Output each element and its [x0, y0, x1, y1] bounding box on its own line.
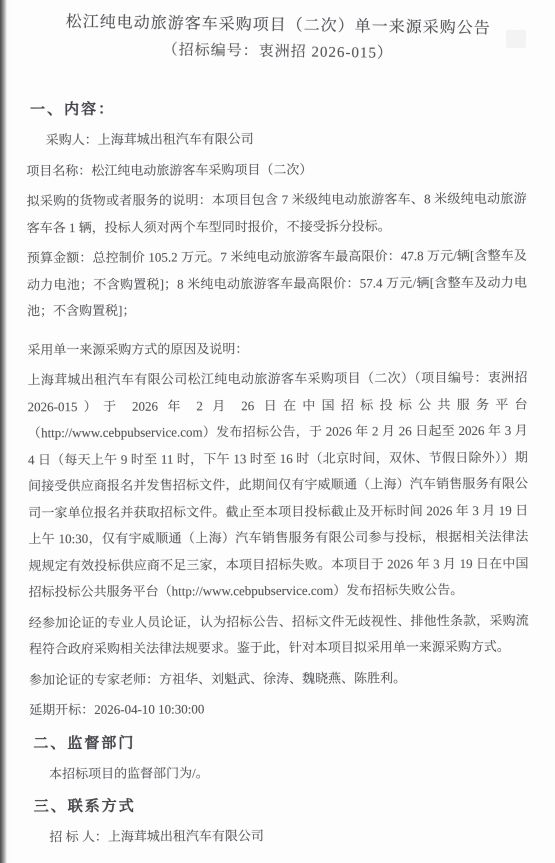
document-body: 一、内容： 采购人：上海茸城出租汽车有限公司 项目名称：松江纯电动旅游客车采购项… [26, 96, 530, 851]
scan-edge-artifact [0, 0, 7, 863]
project-name-line: 项目名称：松江纯电动旅游客车采购项目（二次） [26, 155, 526, 184]
expert-list-line: 参加论证的专家老师：方祖华、刘魁武、徐涛、魏晓燕、陈胜利。 [29, 664, 529, 693]
section-contact-heading: 三、联系方式 [34, 793, 530, 820]
single-source-reason-paragraph: 上海茸城出租汽车有限公司松江纯电动旅游客车采购项目（二次）（项目编号：衷洲招 2… [27, 365, 528, 606]
budget-paragraph: 预算金额：总控制价 105.2 万元。7 米纯电动旅游客车最高限价：47.8 万… [27, 243, 527, 325]
supervision-department-line: 本招标项目的监督部门为/。 [30, 758, 530, 787]
section-content-heading: 一、内容： [30, 96, 526, 123]
document-content: 松江纯电动旅游客车采购项目（二次）单一来源采购公告 （招标编号：衷洲招 2026… [28, 13, 528, 854]
bidder-line: 招 标 人：上海茸城出租汽车有限公司 [30, 822, 530, 851]
postponed-opening-line: 延期开标：2026-04-10 10:30:00 [29, 695, 529, 724]
scanned-document-page: 松江纯电动旅游客车采购项目（二次）单一来源采购公告 （招标编号：衷洲招 2026… [0, 0, 555, 863]
title-block: 松江纯电动旅游客车采购项目（二次）单一来源采购公告 （招标编号：衷洲招 2026… [28, 9, 529, 71]
single-source-reason-heading: 采用单一来源采购方式的原因及说明： [27, 334, 527, 363]
purchaser-line: 采购人：上海茸城出租汽车有限公司 [26, 125, 526, 154]
section-supervision-heading: 二、监督部门 [33, 729, 529, 756]
goods-description-paragraph: 拟采购的货物或者服务的说明：本项目包含 7 米级纯电动旅游客车、8 米级纯电动旅… [27, 186, 527, 242]
expert-review-paragraph: 经参加论证的专业人员论证，认为招标公告、招标文件无歧视性、排他性条款，采购流程符… [29, 607, 529, 663]
